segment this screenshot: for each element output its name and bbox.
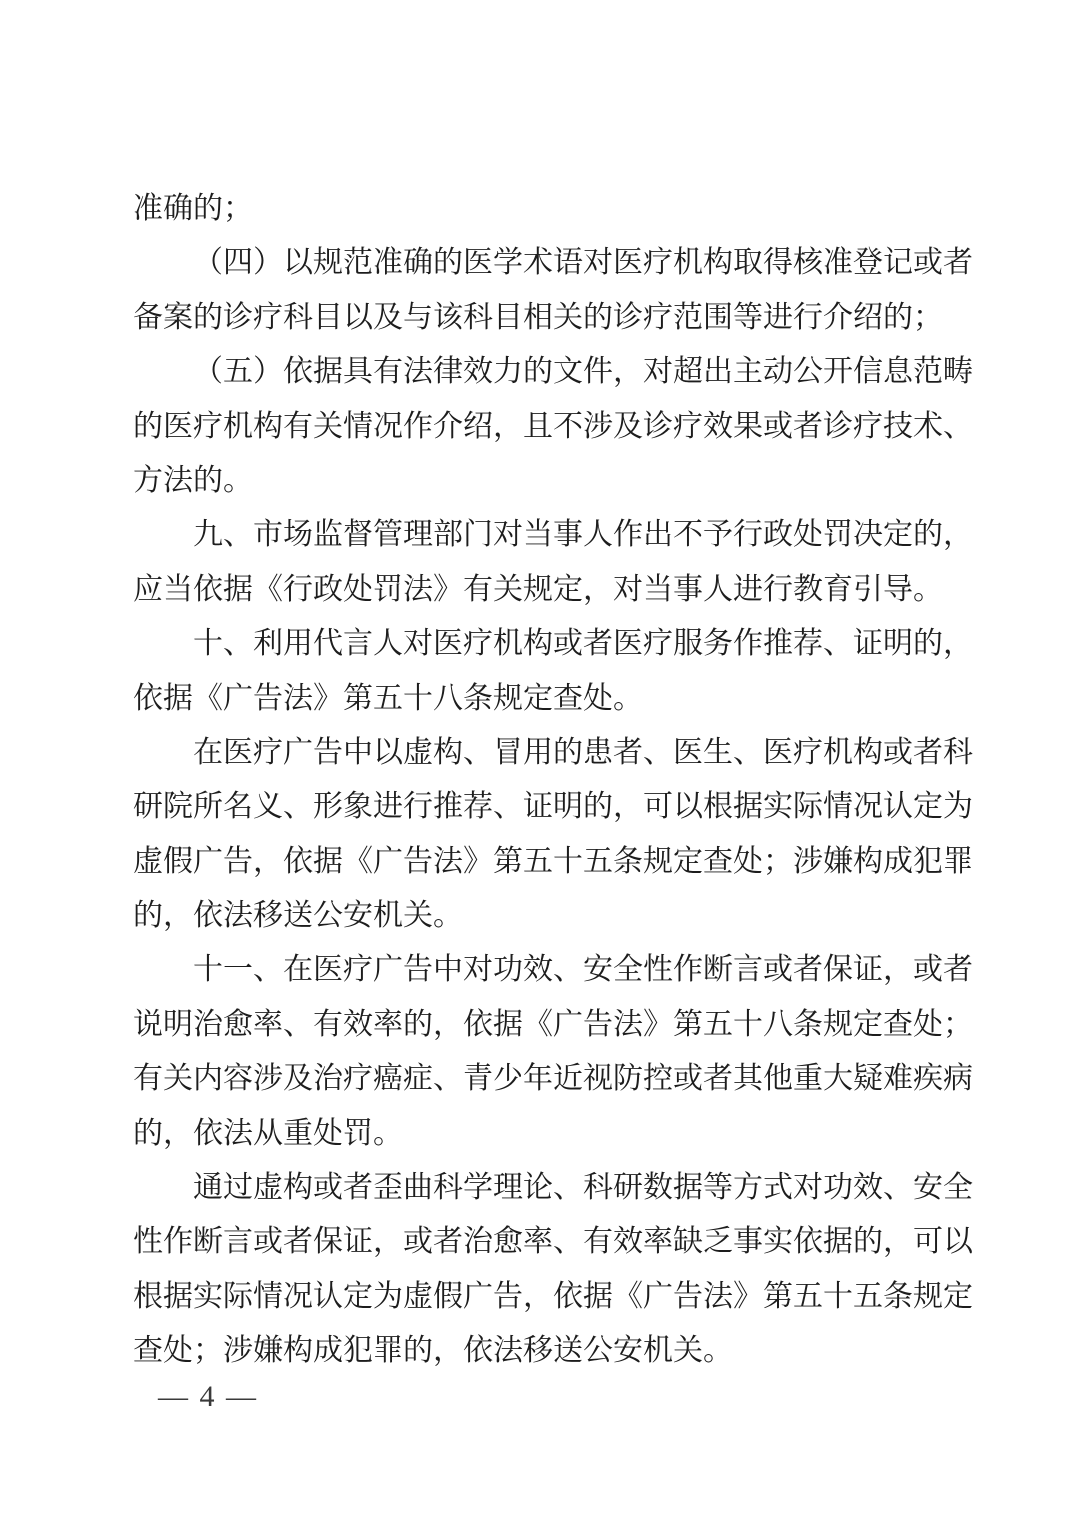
text-line: 的，依法从重处罚。 <box>133 1107 957 1161</box>
text-line: 虚假广告，依据《广告法》第五十五条规定查处；涉嫌构成犯罪 <box>133 835 957 889</box>
text-line: 查处；涉嫌构成犯罪的，依法移送公安机关。 <box>133 1324 957 1378</box>
text-line: 有关内容涉及治疗癌症、青少年近视防控或者其他重大疑难疾病 <box>133 1052 957 1106</box>
text-line: 通过虚构或者歪曲科学理论、科研数据等方式对功效、安全 <box>133 1161 957 1215</box>
text-line: 在医疗广告中以虚构、冒用的患者、医生、医疗机构或者科 <box>133 726 957 780</box>
text-line: 根据实际情况认定为虚假广告，依据《广告法》第五十五条规定 <box>133 1270 957 1324</box>
text-line: 九、市场监督管理部门对当事人作出不予行政处罚决定的， <box>133 508 957 562</box>
text-line: （四）以规范准确的医学术语对医疗机构取得核准登记或者 <box>133 236 957 290</box>
text-line: 说明治愈率、有效率的，依据《广告法》第五十八条规定查处； <box>133 998 957 1052</box>
page-footer: — 4 — <box>158 1380 258 1414</box>
document-page: 准确的；（四）以规范准确的医学术语对医疗机构取得核准登记或者备案的诊疗科目以及与… <box>0 0 1080 1528</box>
text-line: 依据《广告法》第五十八条规定查处。 <box>133 672 957 726</box>
text-line: 准确的； <box>133 182 957 236</box>
text-line: 备案的诊疗科目以及与该科目相关的诊疗范围等进行介绍的； <box>133 291 957 345</box>
page-number: — 4 — <box>158 1380 258 1413</box>
document-body: 准确的；（四）以规范准确的医学术语对医疗机构取得核准登记或者备案的诊疗科目以及与… <box>133 182 957 1379</box>
text-line: 研院所名义、形象进行推荐、证明的，可以根据实际情况认定为 <box>133 780 957 834</box>
text-line: 方法的。 <box>133 454 957 508</box>
text-line: 十一、在医疗广告中对功效、安全性作断言或者保证，或者 <box>133 943 957 997</box>
text-line: 的，依法移送公安机关。 <box>133 889 957 943</box>
text-line: （五）依据具有法律效力的文件，对超出主动公开信息范畴 <box>133 345 957 399</box>
text-line: 应当依据《行政处罚法》有关规定，对当事人进行教育引导。 <box>133 563 957 617</box>
text-line: 的医疗机构有关情况作介绍，且不涉及诊疗效果或者诊疗技术、 <box>133 400 957 454</box>
text-line: 性作断言或者保证，或者治愈率、有效率缺乏事实依据的，可以 <box>133 1215 957 1269</box>
text-line: 十、利用代言人对医疗机构或者医疗服务作推荐、证明的， <box>133 617 957 671</box>
